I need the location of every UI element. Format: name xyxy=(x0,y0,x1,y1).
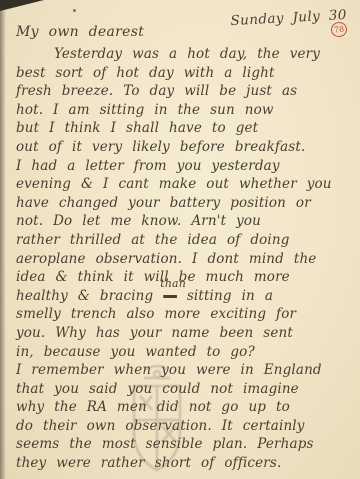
letter-scan: Sunday July 30 78 My own dearest Yesterd… xyxy=(0,0,360,479)
scan-edge-left xyxy=(0,0,6,479)
letter-text: rather thrilled at the idea of doing xyxy=(16,232,290,248)
letter-line: best sort of hot day with a light xyxy=(16,65,352,84)
correction: than— xyxy=(163,288,177,304)
letter-line: healthy & bracing than— sitting in a xyxy=(16,288,352,307)
letter-text: best sort of hot day with a light xyxy=(16,65,275,81)
letter-text: in, because you wanted to go? xyxy=(16,344,255,360)
letter-line: they were rather short of officers. xyxy=(16,455,352,474)
letter-text: that you said you could not imagine xyxy=(16,381,299,397)
letter-line: Yesterday was a hot day, the very xyxy=(16,46,352,65)
letter-line: that you said you could not imagine xyxy=(16,381,352,400)
page-number-stamp: 78 xyxy=(330,21,348,38)
letter-line: have changed your battery position or xyxy=(16,195,352,214)
letter-line: rather thrilled at the idea of doing xyxy=(16,232,352,251)
struck-out-word: — xyxy=(163,288,177,304)
letter-text: I remember when you were in England xyxy=(16,362,322,378)
salutation: My own dearest xyxy=(16,24,144,40)
letter-text: have changed your battery position or xyxy=(16,195,311,211)
letter-text: you. Why has your name been sent xyxy=(16,325,293,341)
letter-line: you. Why has your name been sent xyxy=(16,325,352,344)
letter-body: Yesterday was a hot day, the verybest so… xyxy=(16,46,352,474)
letter-line: aeroplane observation. I dont mind the xyxy=(16,251,352,270)
letter-text: not. Do let me know. Arn't you xyxy=(16,213,261,229)
letter-line: evening & I cant make out whether you xyxy=(16,176,352,195)
letter-text: smelly trench also more exciting for xyxy=(16,306,296,322)
letter-line: smelly trench also more exciting for xyxy=(16,306,352,325)
letter-text: I had a letter from you yesterday xyxy=(16,158,280,174)
letter-date: Sunday July 30 xyxy=(230,7,347,29)
letter-line: I had a letter from you yesterday xyxy=(16,158,352,177)
letter-line: do their own observation. It certainly xyxy=(16,418,352,437)
letter-line: not. Do let me know. Arn't you xyxy=(16,213,352,232)
letter-line: in, because you wanted to go? xyxy=(16,344,352,363)
letter-text: but I think I shall have to get xyxy=(16,120,258,136)
letter-text: fresh breeze. To day will be just as xyxy=(16,83,297,99)
letter-line: I remember when you were in England xyxy=(16,362,352,381)
letter-line: out of it very likely before breakfast. xyxy=(16,139,352,158)
letter-text: idea & think it will be much more xyxy=(16,269,290,285)
letter-text: healthy & bracing xyxy=(16,288,163,304)
inserted-word: than xyxy=(160,277,186,290)
letter-text: evening & I cant make out whether you xyxy=(16,176,332,192)
letter-line: seems the most sensible plan. Perhaps xyxy=(16,436,352,455)
letter-line: but I think I shall have to get xyxy=(16,120,352,139)
letter-text: aeroplane observation. I dont mind the xyxy=(16,251,316,267)
paper-speck xyxy=(73,9,76,12)
scan-edge-top-left xyxy=(0,0,44,11)
letter-text: sitting in a xyxy=(177,288,273,304)
letter-line: why the RA men did not go up to xyxy=(16,399,352,418)
letter-line: hot. I am sitting in the sun now xyxy=(16,102,352,121)
letter-text: out of it very likely before breakfast. xyxy=(16,139,305,155)
letter-text: they were rather short of officers. xyxy=(16,455,281,471)
letter-text: why the RA men did not go up to xyxy=(16,399,290,415)
letter-text: Yesterday was a hot day, the very xyxy=(54,46,320,62)
letter-text: seems the most sensible plan. Perhaps xyxy=(16,436,314,452)
letter-line: fresh breeze. To day will be just as xyxy=(16,83,352,102)
letter-text: do their own observation. It certainly xyxy=(16,418,305,434)
letter-text: hot. I am sitting in the sun now xyxy=(16,102,274,118)
